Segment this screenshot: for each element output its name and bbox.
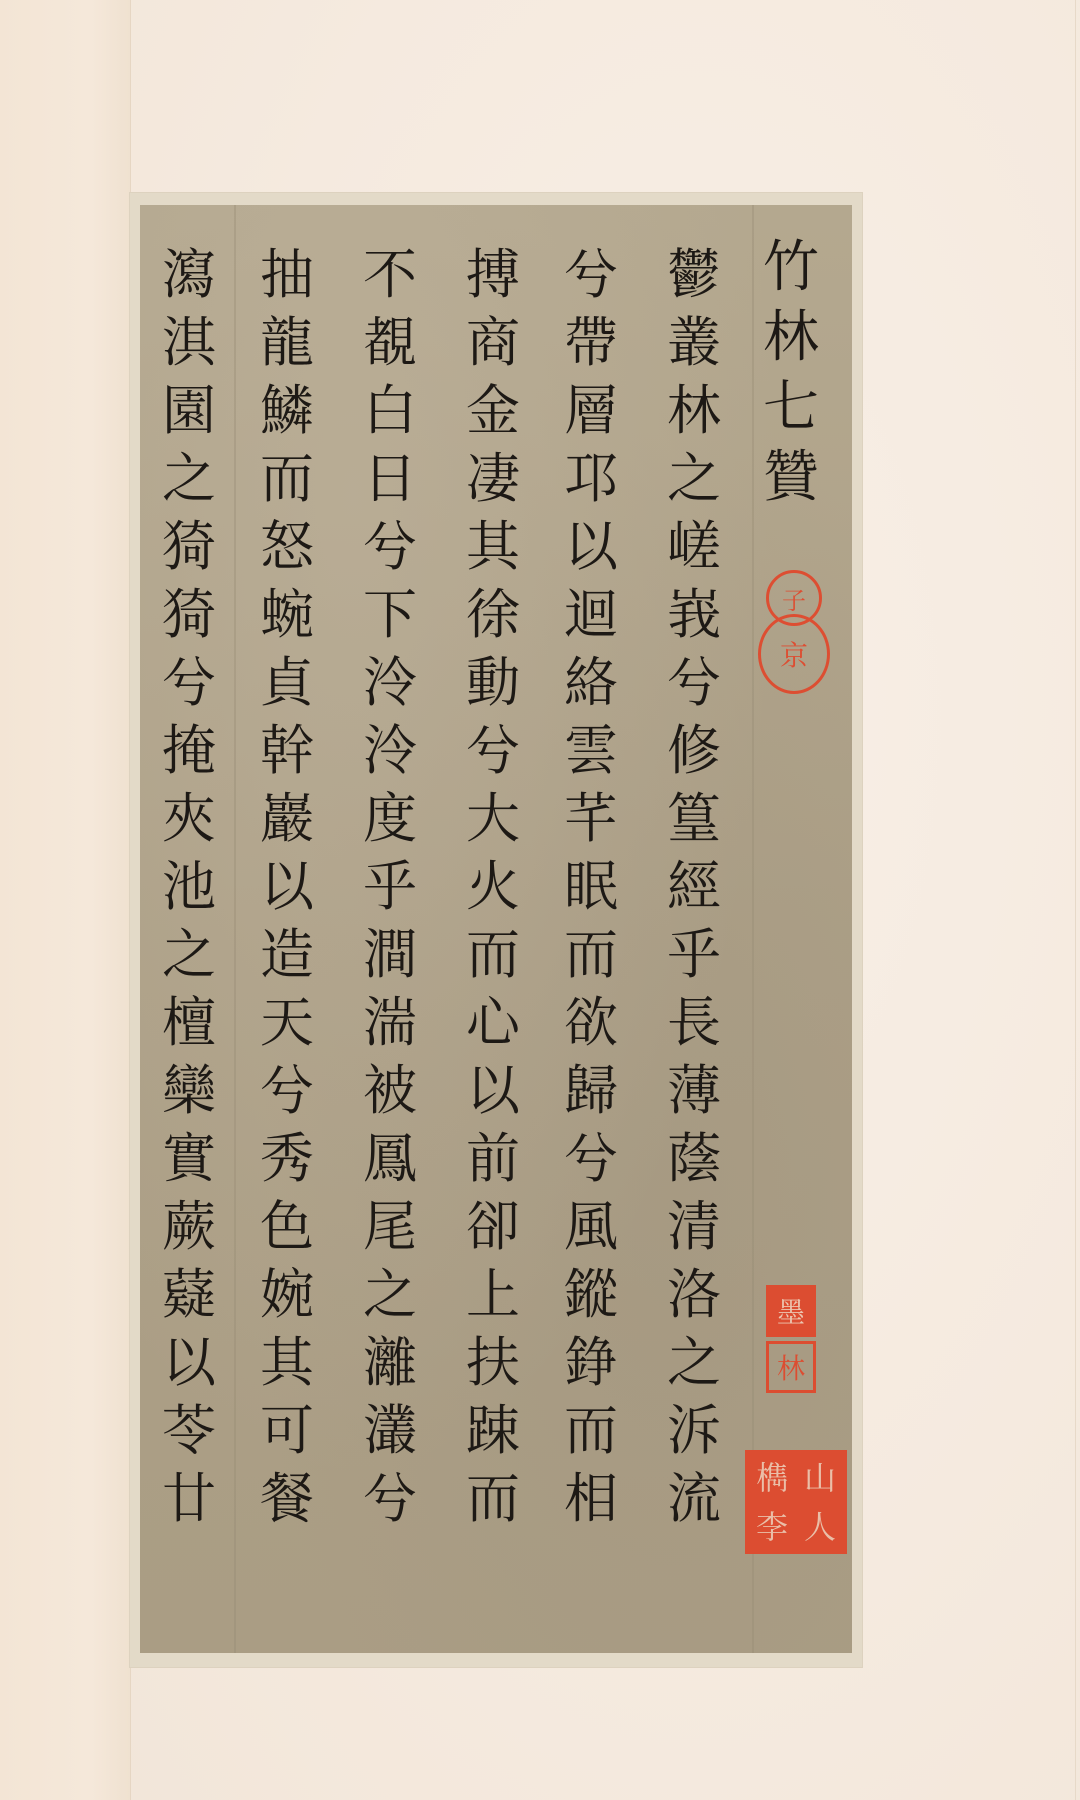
char: 洛 xyxy=(649,1261,739,1329)
char: 度 xyxy=(345,785,435,853)
char: 動 xyxy=(448,649,538,717)
char: 蔭 xyxy=(649,1125,739,1193)
square-seal: 檇 山 李 人 xyxy=(745,1450,847,1554)
char: 廿 xyxy=(144,1465,234,1533)
char: 乎 xyxy=(345,853,435,921)
title-column: 竹 林 七 贊 xyxy=(746,233,836,513)
paper-seam xyxy=(234,205,236,1653)
char: 歸 xyxy=(546,1057,636,1125)
char: 婉 xyxy=(242,1261,332,1329)
char: 蕨 xyxy=(144,1193,234,1261)
char: 兮 xyxy=(242,1057,332,1125)
char: 邛 xyxy=(546,445,636,513)
char: 鳳 xyxy=(345,1125,435,1193)
char: 之 xyxy=(345,1261,435,1329)
calligraphy-paper: 竹 林 七 贊 鬱 叢 林 之 嵯 峩 兮 修 篁 經 乎 長 薄 蔭 清 洛 … xyxy=(140,205,852,1653)
char: 怒 xyxy=(242,513,332,581)
char: 而 xyxy=(448,1465,538,1533)
char: 餐 xyxy=(242,1465,332,1533)
char: 泝 xyxy=(649,1397,739,1465)
char: 乎 xyxy=(649,921,739,989)
seal-char: 人 xyxy=(796,1511,844,1543)
mount-right-edge xyxy=(1075,0,1076,1800)
char: 帶 xyxy=(546,309,636,377)
char: 峩 xyxy=(649,581,739,649)
char: 薿 xyxy=(144,1261,234,1329)
char: 長 xyxy=(649,989,739,1057)
char: 苓 xyxy=(144,1397,234,1465)
album-left-strip xyxy=(0,0,131,1800)
char: 天 xyxy=(242,989,332,1057)
char: 龍 xyxy=(242,309,332,377)
char: 兮 xyxy=(448,717,538,785)
char: 兮 xyxy=(649,649,739,717)
char: 蜿 xyxy=(242,581,332,649)
title-char: 七 xyxy=(746,373,836,443)
char: 夾 xyxy=(144,785,234,853)
char: 覩 xyxy=(345,309,435,377)
char: 而 xyxy=(546,1397,636,1465)
char: 猗 xyxy=(144,513,234,581)
char: 欒 xyxy=(144,1057,234,1125)
char: 相 xyxy=(546,1465,636,1533)
char: 林 xyxy=(649,377,739,445)
char: 踈 xyxy=(448,1397,538,1465)
char: 兮 xyxy=(345,513,435,581)
char: 流 xyxy=(649,1465,739,1533)
char: 兮 xyxy=(345,1465,435,1533)
text-column-6: 抽 龍 鱗 而 怒 蜿 貞 幹 巖 以 造 天 兮 秀 色 婉 其 可 餐 xyxy=(242,241,332,1533)
char: 雲 xyxy=(546,717,636,785)
char: 而 xyxy=(242,445,332,513)
char: 絡 xyxy=(546,649,636,717)
seal-char: 林 xyxy=(766,1341,816,1393)
text-column-5: 不 覩 白 日 兮 下 泠 泠 度 乎 澗 湍 被 鳳 尾 之 灕 灇 兮 xyxy=(345,241,435,1533)
char: 白 xyxy=(345,377,435,445)
gourd-seal: 子 京 xyxy=(760,570,828,692)
char: 扶 xyxy=(448,1329,538,1397)
char: 兮 xyxy=(546,241,636,309)
char: 淇 xyxy=(144,309,234,377)
title-char: 贊 xyxy=(746,443,836,513)
char: 尾 xyxy=(345,1193,435,1261)
char: 迴 xyxy=(546,581,636,649)
char: 卻 xyxy=(448,1193,538,1261)
char: 其 xyxy=(242,1329,332,1397)
char: 秀 xyxy=(242,1125,332,1193)
char: 色 xyxy=(242,1193,332,1261)
char: 貞 xyxy=(242,649,332,717)
char: 經 xyxy=(649,853,739,921)
text-column-2: 鬱 叢 林 之 嵯 峩 兮 修 篁 經 乎 長 薄 蔭 清 洛 之 泝 流 xyxy=(649,241,739,1533)
char: 掩 xyxy=(144,717,234,785)
char: 鏦 xyxy=(546,1261,636,1329)
title-char: 竹 xyxy=(746,233,836,303)
char: 搏 xyxy=(448,241,538,309)
char: 以 xyxy=(242,853,332,921)
char: 不 xyxy=(345,241,435,309)
char: 巖 xyxy=(242,785,332,853)
title-char: 林 xyxy=(746,303,836,373)
char: 之 xyxy=(649,1329,739,1397)
char: 瀉 xyxy=(144,241,234,309)
char: 徐 xyxy=(448,581,538,649)
char: 薄 xyxy=(649,1057,739,1125)
seal-char: 檇 xyxy=(748,1462,796,1494)
char: 芊 xyxy=(546,785,636,853)
char: 層 xyxy=(546,377,636,445)
seal-char: 李 xyxy=(748,1511,796,1543)
char: 鬱 xyxy=(649,241,739,309)
seal-char: 京 xyxy=(758,614,830,694)
char: 之 xyxy=(144,445,234,513)
char: 前 xyxy=(448,1125,538,1193)
char: 日 xyxy=(345,445,435,513)
char: 商 xyxy=(448,309,538,377)
char: 錚 xyxy=(546,1329,636,1397)
char: 池 xyxy=(144,853,234,921)
text-column-4: 搏 商 金 凄 其 徐 動 兮 大 火 而 心 以 前 卻 上 扶 踈 而 xyxy=(448,241,538,1533)
char: 灕 xyxy=(345,1329,435,1397)
seal-char: 山 xyxy=(796,1462,844,1494)
char: 火 xyxy=(448,853,538,921)
char: 下 xyxy=(345,581,435,649)
char: 灇 xyxy=(345,1397,435,1465)
char: 檀 xyxy=(144,989,234,1057)
char: 被 xyxy=(345,1057,435,1125)
char: 鱗 xyxy=(242,377,332,445)
char: 澗 xyxy=(345,921,435,989)
char: 造 xyxy=(242,921,332,989)
char: 篁 xyxy=(649,785,739,853)
char: 幹 xyxy=(242,717,332,785)
char: 猗 xyxy=(144,581,234,649)
char: 以 xyxy=(144,1329,234,1397)
char: 其 xyxy=(448,513,538,581)
char: 眠 xyxy=(546,853,636,921)
char: 大 xyxy=(448,785,538,853)
char: 抽 xyxy=(242,241,332,309)
char: 而 xyxy=(546,921,636,989)
char: 上 xyxy=(448,1261,538,1329)
char: 之 xyxy=(144,921,234,989)
text-column-3: 兮 帶 層 邛 以 迴 絡 雲 芊 眠 而 欲 歸 兮 風 鏦 錚 而 相 xyxy=(546,241,636,1533)
char: 嵯 xyxy=(649,513,739,581)
char: 叢 xyxy=(649,309,739,377)
char: 風 xyxy=(546,1193,636,1261)
char: 欲 xyxy=(546,989,636,1057)
char: 心 xyxy=(448,989,538,1057)
char: 泠 xyxy=(345,649,435,717)
char: 兮 xyxy=(144,649,234,717)
text-column-7: 瀉 淇 園 之 猗 猗 兮 掩 夾 池 之 檀 欒 實 蕨 薿 以 苓 廿 xyxy=(144,241,234,1533)
char: 實 xyxy=(144,1125,234,1193)
seal-char: 墨 xyxy=(766,1285,816,1337)
char: 清 xyxy=(649,1193,739,1261)
char: 兮 xyxy=(546,1125,636,1193)
char: 修 xyxy=(649,717,739,785)
char: 湍 xyxy=(345,989,435,1057)
char: 而 xyxy=(448,921,538,989)
char: 泠 xyxy=(345,717,435,785)
char: 園 xyxy=(144,377,234,445)
char: 金 xyxy=(448,377,538,445)
char: 凄 xyxy=(448,445,538,513)
char: 以 xyxy=(448,1057,538,1125)
char: 之 xyxy=(649,445,739,513)
char: 以 xyxy=(546,513,636,581)
char: 可 xyxy=(242,1397,332,1465)
molin-seal: 墨 林 xyxy=(765,1283,817,1395)
